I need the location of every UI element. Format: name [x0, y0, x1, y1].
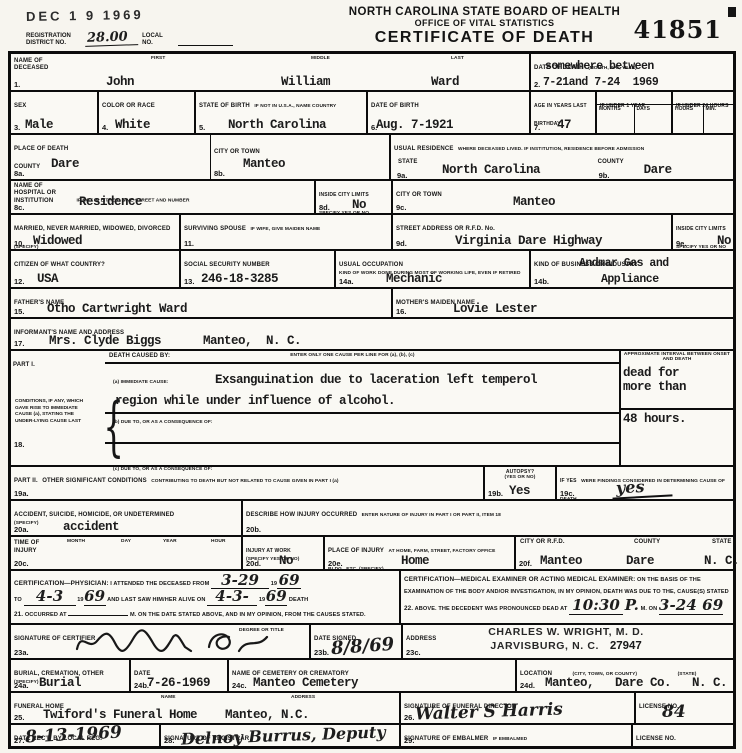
months-label: MONTHS: [597, 105, 635, 134]
value-pronounced-meridiem: P.: [625, 596, 639, 614]
certifier-address-stamp: CHARLES W. WRIGHT, M. D. JARVISBURG, N. …: [451, 626, 681, 655]
value-residence-county: Dare: [644, 163, 672, 177]
part1-conditions-note: CONDITIONS, IF ANY, WHICH GAVE RISE TO I…: [15, 399, 93, 425]
field-time-of-injury: TIME OF INJURY MONTH DAY YEAR HOUR 20c.: [11, 537, 243, 569]
field-informant: INFORMANT'S NAME AND ADDRESS 17. Mrs. Cl…: [11, 319, 733, 349]
field-embalmer-signature: SIGNATURE OF EMBALMER IF EMBALMED 29.: [401, 725, 633, 746]
field-sex: SEX 3. Male: [11, 92, 99, 134]
field-marital-status: MARRIED, NEVER MARRIED, WIDOWED, DIVORCE…: [11, 215, 181, 249]
field-surviving-spouse: SURVIVING SPOUSE IF WIFE, GIVE MAIDEN NA…: [181, 215, 393, 249]
field-if-under-24-hours: IF UNDER 24 HOURS HOURS MIN.: [673, 92, 733, 134]
field-embalmer-license: LICENSE NO.: [633, 725, 733, 746]
value-attended-to-year: 69: [84, 592, 106, 606]
field-inside-city-limits-8d: INSIDE CITY LIMITS SPECIFY YES OR NO 8d.…: [316, 181, 393, 213]
field-burial-date: DATE 24b. 7-26-1969: [131, 660, 229, 692]
field-residence-state: STATE 9a. North Carolina: [394, 155, 596, 181]
field-street-address: STREET ADDRESS OR R.F.D. No. 9d. Virgini…: [393, 215, 673, 249]
value-injury-city: Manteo: [540, 554, 582, 568]
part1-item-number: 18.: [14, 440, 24, 449]
field-occupation: USUAL OCCUPATION KIND OF WORK DONE DURIN…: [336, 251, 531, 287]
field-autopsy: AUTOPSY? (YES OR NO) 19b. Yes: [485, 467, 557, 499]
field-describe-how-injury: DESCRIBE HOW INJURY OCCURRED ENTER NATUR…: [243, 501, 733, 535]
value-injury-at-work: No: [279, 554, 293, 568]
field-place-of-injury: PLACE OF INJURY AT HOME, FARM, STREET, F…: [325, 537, 516, 569]
field-date-signed: DATE SIGNED 23b. 8/8/69: [311, 625, 403, 658]
field-burial-cremation: BURIAL, CREMATION, OTHER (SPECIFY) 24a. …: [11, 660, 131, 692]
value-marital: Widowed: [33, 234, 82, 248]
field-place-of-death-city: CITY OR TOWN 8b. Manteo: [211, 135, 391, 179]
interval-label: APPROXIMATE INTERVAL BETWEEN ONSET AND D…: [623, 352, 731, 362]
value-death-county: Dare: [51, 157, 79, 171]
value-location: Manteo, Dare Co. N. C.: [545, 676, 727, 690]
value-residence-city: Manteo: [513, 195, 555, 209]
field-name-of-deceased: NAME OF DECEASED FIRST MIDDLE LAST 1. Jo…: [11, 54, 531, 90]
value-injury-state: N. C.: [704, 554, 739, 568]
field-cemetery-name: NAME OF CEMETERY OR CREMATORY 24c. Mante…: [229, 660, 517, 692]
field-director-license: LICENSE NO. 84: [636, 693, 733, 723]
registration-district-number: 28.00: [85, 30, 138, 47]
field-industry: KIND OF BUSINESS OR INDUSTRY 14b. Andmar…: [531, 251, 733, 287]
value-director-license: 84: [662, 702, 686, 722]
field-funeral-director-signature: SIGNATURE OF FUNERAL DIRECTOR 26. Walter…: [401, 693, 636, 723]
value-state-of-birth: North Carolina: [228, 118, 326, 132]
value-date-of-birth: Aug. 7-1921: [376, 118, 453, 132]
value-findings-handwritten: yes: [611, 475, 673, 499]
value-street-address: Virginia Dare Highway: [455, 234, 602, 248]
field-other-significant-conditions: PART II. OTHER SIGNIFICANT CONDITIONS CO…: [11, 467, 485, 499]
field-date-of-death: DATE OF DEATH (MONTH, DAY, YEAR) 2. some…: [531, 54, 733, 90]
value-interval-2: more than: [623, 380, 731, 394]
value-industry-2: Appliance: [601, 273, 659, 286]
value-cemetery: Manteo Cemetery: [253, 676, 358, 690]
death-certificate-scan: DEC 1 9 1969 REGISTRATION DISTRICT NO. 2…: [0, 0, 742, 753]
received-date-stamp: DEC 1 9 1969: [26, 7, 144, 24]
field-father-name: FATHER'S NAME 15. Otho Cartwright Ward: [11, 289, 393, 318]
value-age: 47: [557, 118, 571, 132]
value-attended-to-date: 4-3: [24, 592, 76, 606]
local-no-blank: [178, 45, 233, 46]
field-cemetery-location: LOCATION (CITY, TOWN, OR COUNTY) (STATE)…: [517, 660, 733, 692]
certificate-header: DEC 1 9 1969 REGISTRATION DISTRICT NO. 2…: [8, 3, 736, 51]
part1-label: PART I.: [13, 362, 35, 368]
value-residence-state: North Carolina: [442, 163, 540, 177]
field-mother-maiden-name: MOTHER'S MAIDEN NAME 16. Lovie Lester: [393, 289, 733, 318]
field-residence-city: CITY OR TOWN 9c. Manteo: [393, 181, 733, 213]
field-registrar-signature: SIGNATURE OF REGISTRAR 28. Delnoy Burrus…: [161, 725, 401, 746]
hours-label: HOURS: [673, 105, 704, 134]
field-hospital: NAME OF HOSPITAL OR INSTITUTION IF NOT I…: [11, 181, 316, 213]
value-interval-3: 48 hours.: [621, 408, 733, 426]
field-citizen: CITIZEN OF WHAT COUNTRY? 12. USA: [11, 251, 181, 287]
value-injury-county: Dare: [626, 554, 654, 568]
field-certifier-address: ADDRESS 23c. CHARLES W. WRIGHT, M. D. JA…: [403, 625, 733, 658]
field-usual-residence: USUAL RESIDENCE WHERE DECEASED LIVED. IF…: [391, 135, 733, 179]
field-date-received: DATE REC'D BY LOCAL REG. 27. 8-13-1969: [11, 725, 161, 746]
value-death-city: Manteo: [243, 157, 285, 171]
field-place-of-death-county: PLACE OF DEATH COUNTY 8a. Dare: [11, 135, 211, 179]
field-signature-of-certifier: SIGNATURE OF CERTIFIER DEGREE OR TITLE 2…: [11, 625, 311, 658]
field-certification-physician: CERTIFICATION—PHYSICIAN: I ATTENDED THE …: [11, 571, 401, 623]
value-date-of-death-2: 7-21and 7-24 1969: [543, 76, 658, 89]
value-autopsy: Yes: [509, 484, 530, 498]
min-label: MIN.: [704, 105, 734, 134]
value-last-name: Ward: [431, 75, 459, 89]
value-industry-1: Andmar Gas and: [579, 257, 669, 270]
certificate-number: 41851: [634, 15, 723, 44]
field-residence-county: COUNTY 9b. Dare: [596, 155, 730, 181]
value-ssn: 246-18-3285: [201, 272, 278, 286]
value-occupation: Mechanic: [386, 272, 442, 286]
value-mother-name: Lovie Lester: [453, 302, 537, 316]
field-injury-city-county-state: CITY OR R.F.D. COUNTY STATE 20f. Manteo …: [516, 537, 733, 569]
field-funeral-home: FUNERAL HOME NAME ADDRESS 25. Twiford's …: [11, 693, 401, 723]
part1-death-caused-by: PART I. CONDITIONS, IF ANY, WHICH GAVE R…: [11, 351, 733, 467]
scan-corner-mark: [728, 7, 736, 17]
value-father-name: Otho Cartwright Ward: [47, 302, 187, 316]
certifier-signature: [71, 623, 301, 659]
field-age: AGE IN YEARS LAST BIRTHDAY 7. 47: [531, 92, 597, 134]
value-funeral-director: Walter S Harris: [415, 699, 563, 724]
value-registrar: Delnoy Burrus, Deputy: [181, 722, 386, 748]
field-if-under-1-year: IF UNDER 1 YEAR MONTHS DAYS: [597, 92, 673, 134]
value-date-signed: 8/8/69: [330, 634, 395, 659]
value-last-alive-year: 69: [265, 592, 287, 606]
due-to-b-line: (b) DUE TO, OR AS A CONSEQUENCE OF:: [105, 414, 619, 444]
value-race: White: [115, 118, 150, 132]
value-citizen: USA: [37, 272, 58, 286]
registration-district-label: REGISTRATION DISTRICT NO.: [26, 33, 81, 46]
field-date-of-birth: DATE OF BIRTH 6. Aug. 7-1921: [368, 92, 531, 134]
certificate-form: NAME OF DECEASED FIRST MIDDLE LAST 1. Jo…: [8, 51, 736, 749]
value-stamp-zip: 27947: [610, 640, 642, 653]
value-hospital: Residence: [79, 195, 142, 209]
value-middle-name: William: [281, 75, 330, 89]
value-pronounced-date: 3-24 69: [659, 601, 723, 615]
value-place-of-injury: Home: [401, 554, 429, 568]
field-inside-city-limits-9e: INSIDE CITY LIMITS SPECIFY YES OR NO 9e.…: [673, 215, 733, 249]
value-interval-1: dead for: [623, 366, 731, 380]
value-manner: accident: [63, 520, 119, 534]
value-informant: Mrs. Clyde Biggs Manteo, N. C.: [49, 334, 301, 348]
immediate-cause-line: (a) IMMEDIATE CAUSE: Exsanguination due …: [105, 364, 619, 414]
value-funeral-home: Twiford's Funeral Home Manteo, N.C.: [43, 708, 309, 722]
local-no-label: LOCAL NO.: [142, 33, 173, 46]
field-injury-at-work: INJURY AT WORK (SPECIFY YES OR NO) 20d. …: [243, 537, 325, 569]
value-cause-line1: Exsanguination due to laceration left te…: [215, 373, 537, 387]
value-sex: Male: [25, 118, 53, 132]
value-inside-city-9e: No: [717, 234, 731, 248]
value-occurred-at-blank: [68, 615, 128, 616]
field-findings-considered: IF YES WERE FINDINGS CONSIDERED IN DETER…: [557, 467, 733, 499]
value-burial-date: 7-26-1969: [147, 676, 210, 690]
field-certification-medical-examiner: CERTIFICATION—MEDICAL EXAMINER OR ACTING…: [401, 571, 733, 623]
field-state-of-birth: STATE OF BIRTH IF NOT IN U.S.A., NAME CO…: [196, 92, 368, 134]
value-date-received: 8-13-1969: [25, 722, 123, 747]
field-manner-of-death: ACCIDENT, SUICIDE, HOMICIDE, OR UNDETERM…: [11, 501, 243, 535]
value-cause-line2: region while under influence of alcohol.: [115, 394, 395, 408]
value-last-alive-date: 4-3-: [207, 592, 257, 606]
field-race: COLOR OR RACE 4. White: [99, 92, 196, 134]
value-burial: Burial: [39, 676, 81, 690]
death-caused-by-label: DEATH CAUSED BY:: [109, 353, 170, 360]
value-date-of-death-1: somewhere between: [545, 60, 654, 73]
value-inside-city-8d: No: [352, 198, 366, 212]
one-cause-instruction: ENTER ONLY ONE CAUSE PER LINE FOR (a), (…: [290, 353, 414, 360]
field-ssn: SOCIAL SECURITY NUMBER 13. 246-18-3285: [181, 251, 336, 287]
value-pronounced-time: 10:30: [569, 601, 623, 615]
value-first-name: John: [106, 75, 134, 89]
days-label: DAYS: [635, 105, 672, 134]
